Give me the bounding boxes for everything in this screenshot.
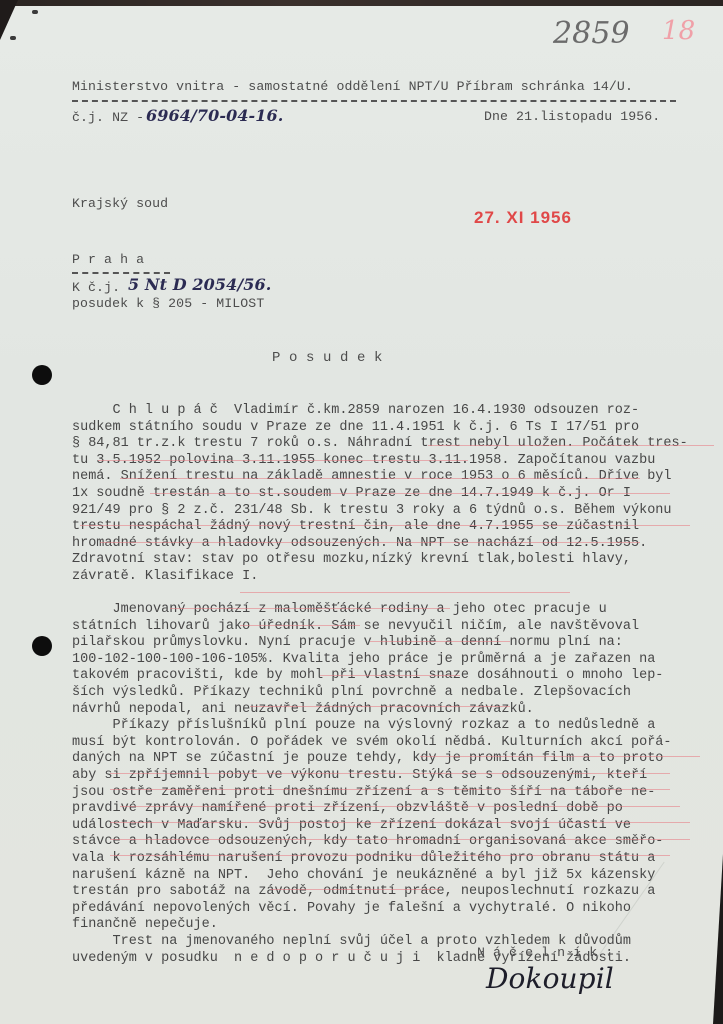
letterhead-divider bbox=[72, 100, 676, 102]
scan-edge bbox=[0, 0, 723, 6]
body-line: předávání nepovolených věcí. Povahy je f… bbox=[72, 901, 631, 916]
document-date: Dne 21.listopadu 1956. bbox=[484, 109, 660, 124]
body-line: událostech v Maďarsku. Svůj postoj ke zř… bbox=[72, 818, 631, 833]
annotation-underline bbox=[370, 641, 510, 642]
annotation-underline bbox=[428, 445, 714, 446]
subject-line: posudek k § 205 - MILOST bbox=[72, 296, 264, 311]
letterhead: Ministerstvo vnitra - samostatné oddělen… bbox=[72, 79, 633, 94]
body-line: jsou ostře zaměřeni proti dnešnímu zříze… bbox=[72, 785, 655, 800]
body-line: 100-102-100-100-106-105%. Kvalita jeho p… bbox=[72, 652, 655, 667]
annotation-underline bbox=[110, 822, 690, 823]
annotation-underline bbox=[98, 460, 468, 461]
annotation-underline bbox=[110, 773, 670, 774]
body-line: Jmenovaný pochází z maloměšťácké rodiny … bbox=[72, 602, 607, 617]
body-line: pravdivé zprávy namířené proti zřízení, … bbox=[72, 801, 623, 816]
body-line: Příkazy příslušníků plní pouze na výslov… bbox=[72, 718, 655, 733]
annotation-underline bbox=[320, 675, 460, 676]
annotation-underline bbox=[270, 889, 440, 890]
annotation-underline bbox=[250, 706, 510, 707]
torn-corner bbox=[0, 0, 18, 40]
punch-hole-icon bbox=[32, 365, 52, 385]
staple-icon bbox=[32, 10, 38, 14]
body-line: státních lihovarů jako úředník. Sám se n… bbox=[72, 619, 639, 634]
body-line: pilařskou průmyslovku. Nyní pracuje v hl… bbox=[72, 635, 623, 650]
city: P r a h a bbox=[72, 252, 144, 267]
body-line: 921/49 pro § 2 z.č. 231/48 Sb. k trestu … bbox=[72, 503, 672, 518]
court-reference-prefix: K č.j. bbox=[72, 280, 120, 295]
annotation-underline bbox=[240, 592, 570, 593]
body-line: daných na NPT se zúčastní je pouze tehdy… bbox=[72, 751, 663, 766]
reference-handwritten: 6964/70-04-16. bbox=[146, 106, 283, 125]
annotation-underline bbox=[110, 789, 670, 790]
received-stamp: 27. XI 1956 bbox=[474, 208, 572, 228]
sheet-number: 18 bbox=[662, 16, 695, 46]
punch-hole-icon bbox=[32, 636, 52, 656]
annotation-underline bbox=[80, 525, 690, 526]
annotation-underline bbox=[240, 625, 360, 626]
body-line: vala k rozsáhlému narušení provozu podni… bbox=[72, 851, 655, 866]
body-line: nemá. Snížení trestu na základě amnestie… bbox=[72, 469, 672, 484]
body-line: hromadné stávky a hladovky odsouzených. … bbox=[72, 536, 647, 551]
annotation-underline bbox=[100, 542, 640, 543]
city-underline bbox=[72, 272, 170, 274]
body-line: stávce a hladovce odsouzených, kdy tato … bbox=[72, 834, 663, 849]
body-line: § 84,81 tr.z.k trestu 7 roků o.s. Náhrad… bbox=[72, 436, 688, 451]
archive-number: 2859 bbox=[553, 16, 630, 51]
body-line: musí být kontrolován. O pořádek ve svém … bbox=[72, 735, 672, 750]
recipient: Krajský soud bbox=[72, 196, 168, 211]
signature: Dokoupil bbox=[486, 962, 614, 995]
body-line: návrhů nepodal, ani neuzavřel žádných pr… bbox=[72, 702, 534, 717]
annotation-underline bbox=[170, 608, 450, 609]
body-line: narušení kázně na NPT. Jeho chování je n… bbox=[72, 868, 655, 883]
scan-background-corner bbox=[713, 854, 723, 1024]
court-reference-handwritten: 5 Nt D 2054/56. bbox=[128, 275, 271, 294]
annotation-underline bbox=[110, 855, 670, 856]
signature-label: N á č e l n í k : bbox=[477, 945, 613, 960]
body-line: trestu nespáchal žádný nový trestní čin,… bbox=[72, 519, 639, 534]
annotation-underline bbox=[150, 493, 670, 494]
body-line: sudkem státního soudu v Praze ze dne 11.… bbox=[72, 420, 639, 435]
body-line: C h l u p á č Vladimír č.km.2859 narozen… bbox=[72, 403, 639, 418]
annotation-underline bbox=[120, 806, 680, 807]
reference-prefix: č.j. NZ - bbox=[72, 110, 144, 125]
staple-icon bbox=[10, 36, 16, 40]
body-line: aby si zpříjemnil pobyt ve výkonu trestu… bbox=[72, 768, 647, 783]
annotation-underline bbox=[110, 839, 690, 840]
annotation-underline bbox=[420, 756, 700, 757]
document-page: 2859 18 Ministerstvo vnitra - samostatné… bbox=[0, 0, 723, 1024]
body-line: finančně nepečuje. bbox=[72, 917, 218, 932]
body-line: závratě. Klasifikace I. bbox=[72, 569, 258, 584]
body-line: Zdravotní stav: stav po otřesu mozku,níz… bbox=[72, 552, 631, 567]
document-title: P o s u d e k bbox=[272, 350, 383, 366]
annotation-underline bbox=[120, 478, 640, 479]
body-line: trestán pro sabotáž na závodě, odmítnutí… bbox=[72, 884, 655, 899]
body-line: ších výsledků. Příkazy techniků plní pov… bbox=[72, 685, 631, 700]
